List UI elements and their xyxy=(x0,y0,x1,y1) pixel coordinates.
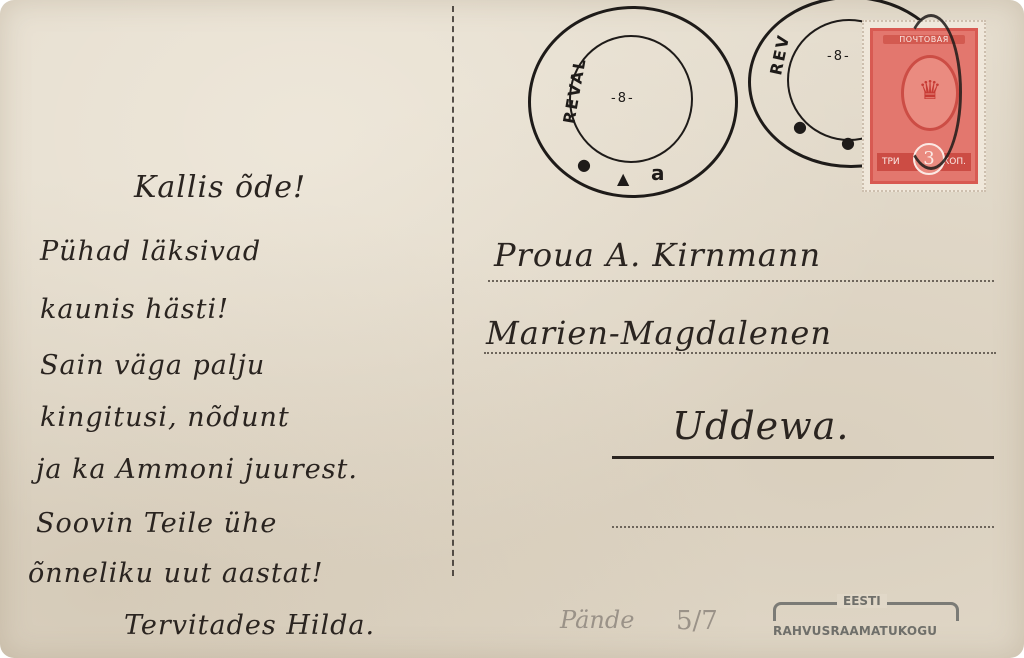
center-divider xyxy=(452,6,454,576)
message-line: kaunis hästi! xyxy=(40,294,229,325)
message-line: ja ka Ammoni juurest. xyxy=(36,454,358,485)
message-line-greeting: Kallis õde! xyxy=(134,170,306,205)
postmark-cancel-arc xyxy=(900,14,962,170)
address-street: Marien-Magdalenen xyxy=(486,314,832,352)
message-signature: Tervitades Hilda. xyxy=(124,610,375,641)
address-recipient: Proua A. Kirnmann xyxy=(494,236,821,274)
message-line: Pühad läksivad xyxy=(40,236,261,267)
postmark-star-icon: ● xyxy=(793,117,807,136)
postmark-date: -8- xyxy=(611,91,635,106)
postcard: Kallis õde! Pühad läksivad kaunis hästi!… xyxy=(0,0,1024,658)
postmark-date: -8- xyxy=(827,49,851,64)
message-line: õnneliku uut aastat! xyxy=(28,558,324,589)
message-line: kingitusi, nõdunt xyxy=(40,402,290,433)
stamp-value-word: ТРИ xyxy=(882,157,900,167)
message-line: Sain väga palju xyxy=(40,350,265,381)
address-city: Uddewa. xyxy=(672,404,849,448)
address-line-4 xyxy=(612,526,994,528)
message-line: Soovin Teile ühe xyxy=(36,508,277,539)
postmark-star-icon: ● xyxy=(841,133,855,152)
pencil-note-word: Pände xyxy=(560,606,634,634)
postmark-reval: REVAL -8- ● ▲ a xyxy=(528,6,738,198)
postmark-star-icon: ▲ xyxy=(617,169,629,188)
address-line-3 xyxy=(612,456,994,459)
postmark-letter: a xyxy=(651,161,667,185)
address-line-2 xyxy=(484,352,996,354)
library-stamp-bottom: RAHVUSRAAMATUKOGU xyxy=(773,624,937,638)
postmark-star-icon: ● xyxy=(577,155,591,174)
library-stamp: EESTI RAHVUSRAAMATUKOGU xyxy=(773,598,959,642)
pencil-note-number: 5/7 xyxy=(676,606,718,636)
address-line-1 xyxy=(488,280,994,282)
library-stamp-top: EESTI xyxy=(837,594,887,608)
